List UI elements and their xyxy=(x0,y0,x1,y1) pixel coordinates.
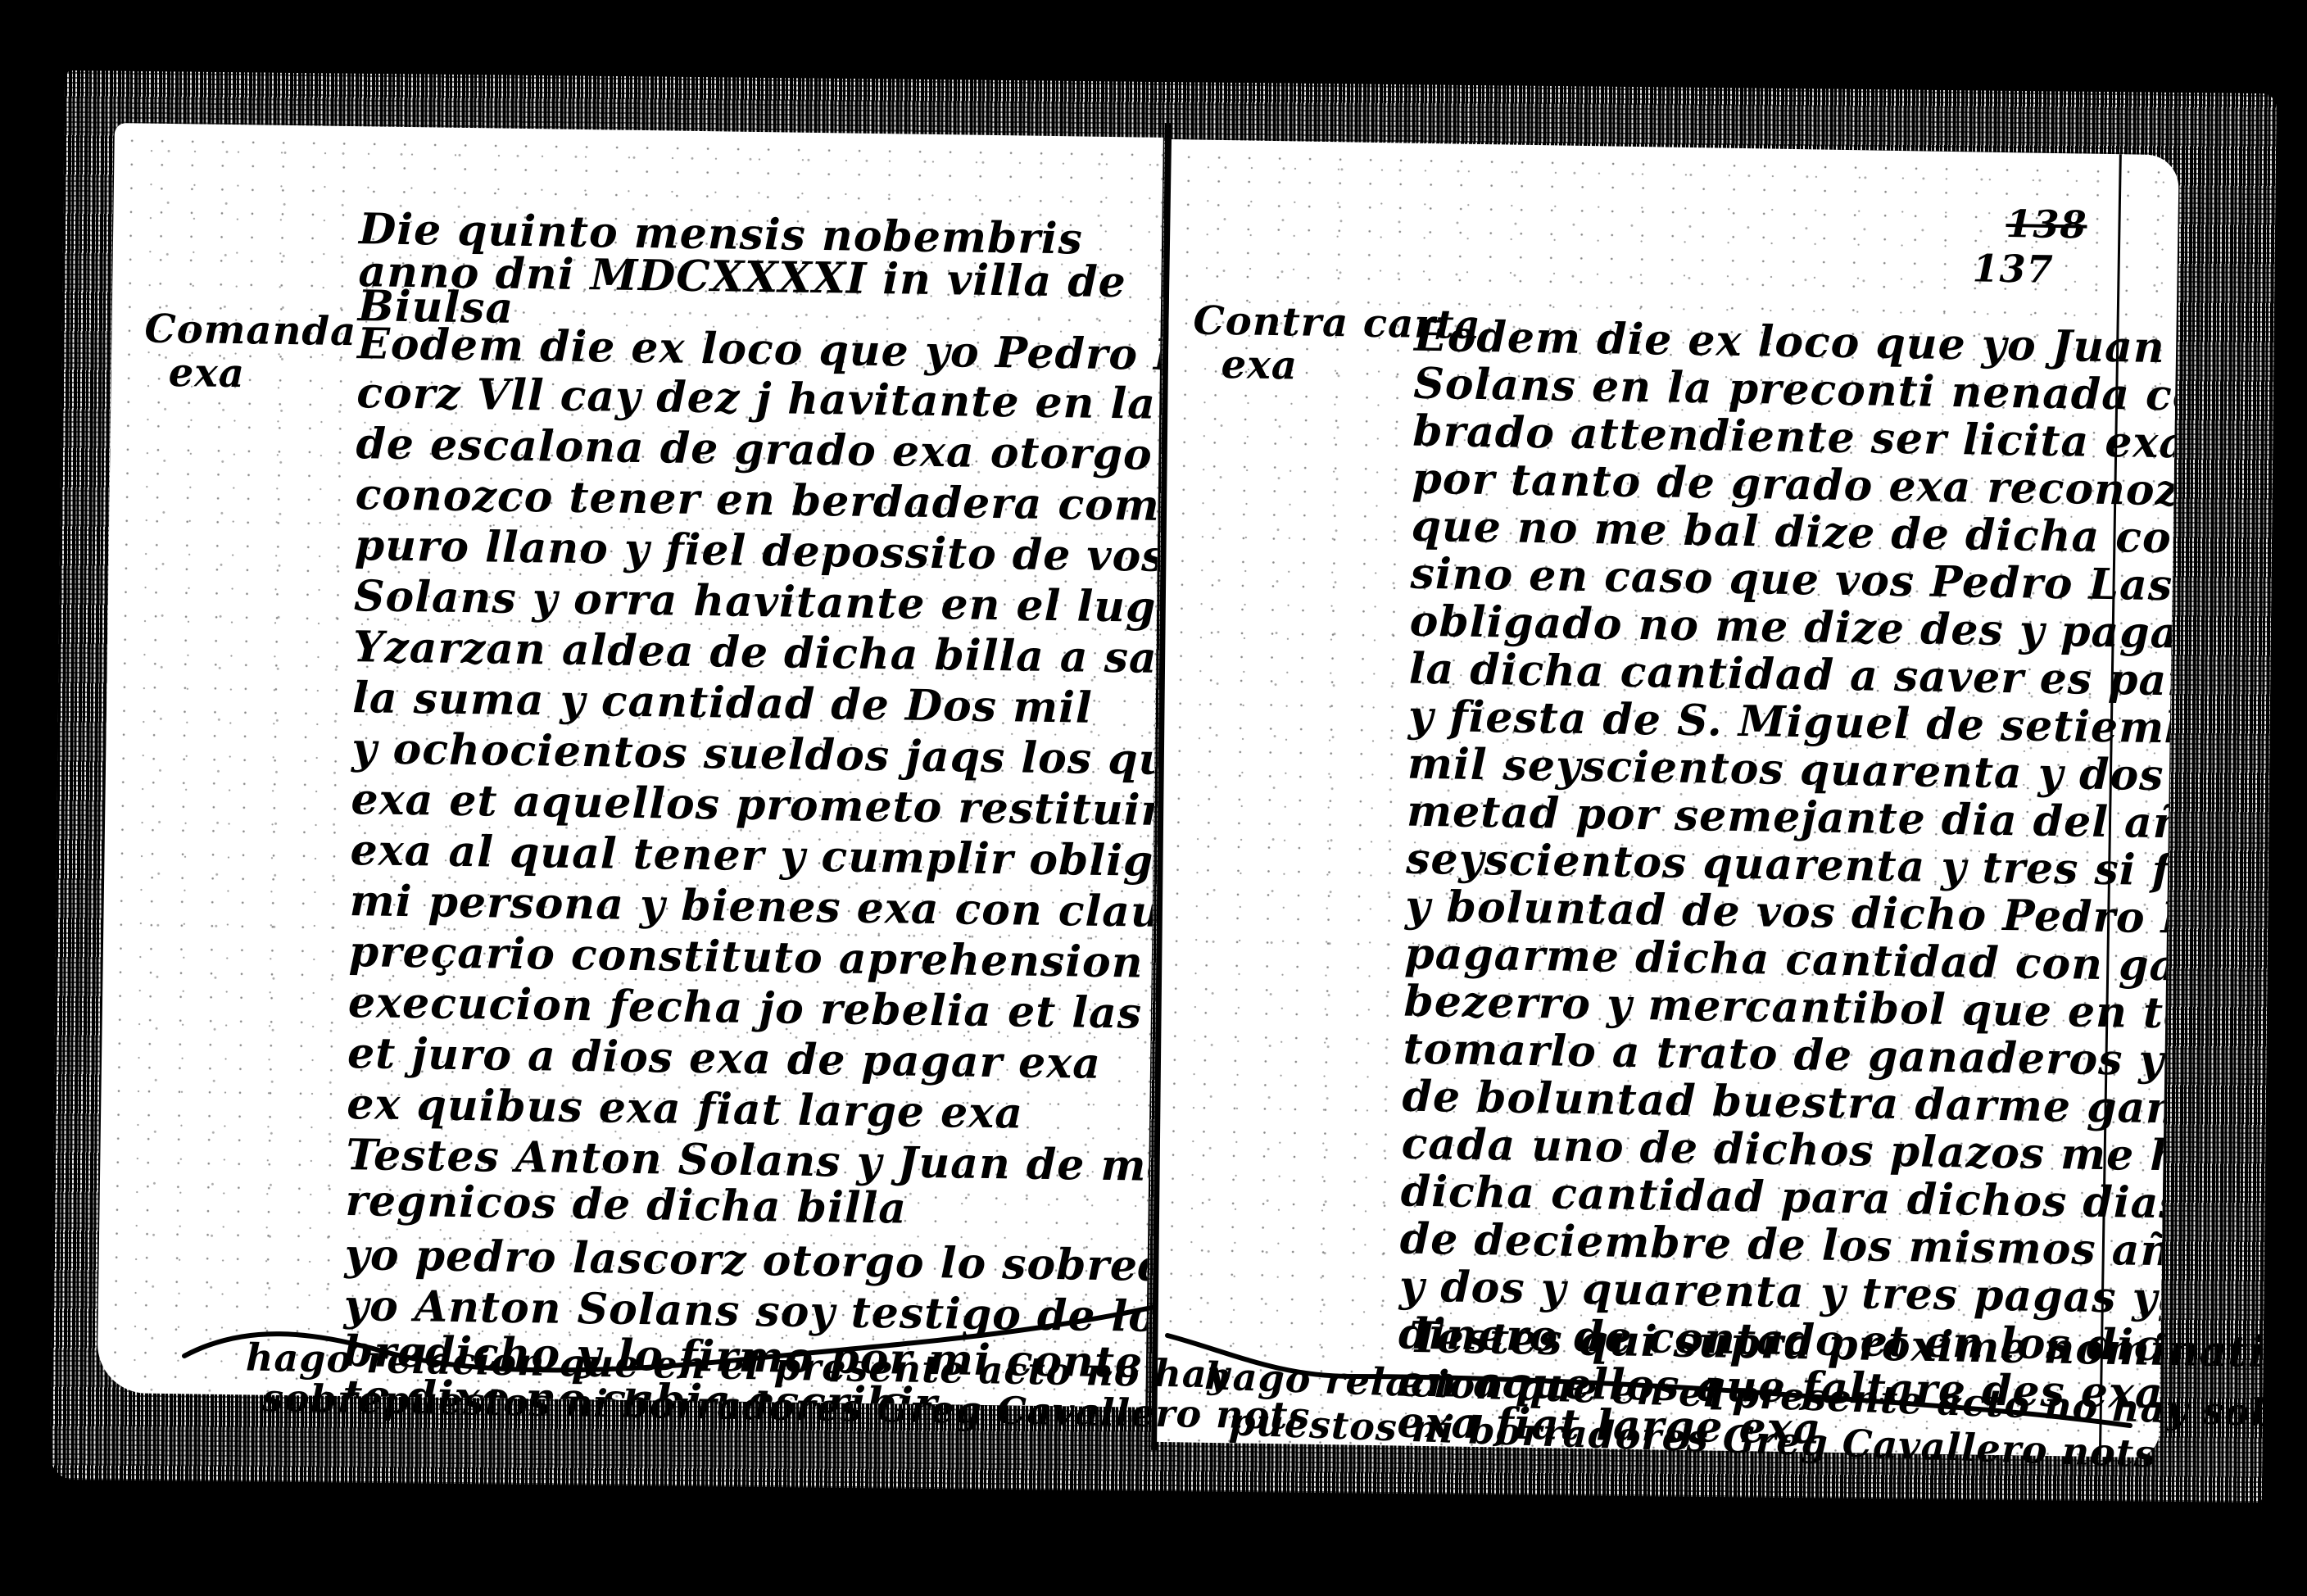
manuscript-scan: Comanda exa Die quinto mensis nobembris … xyxy=(0,0,2307,1596)
separator-strokes xyxy=(0,0,2307,1596)
